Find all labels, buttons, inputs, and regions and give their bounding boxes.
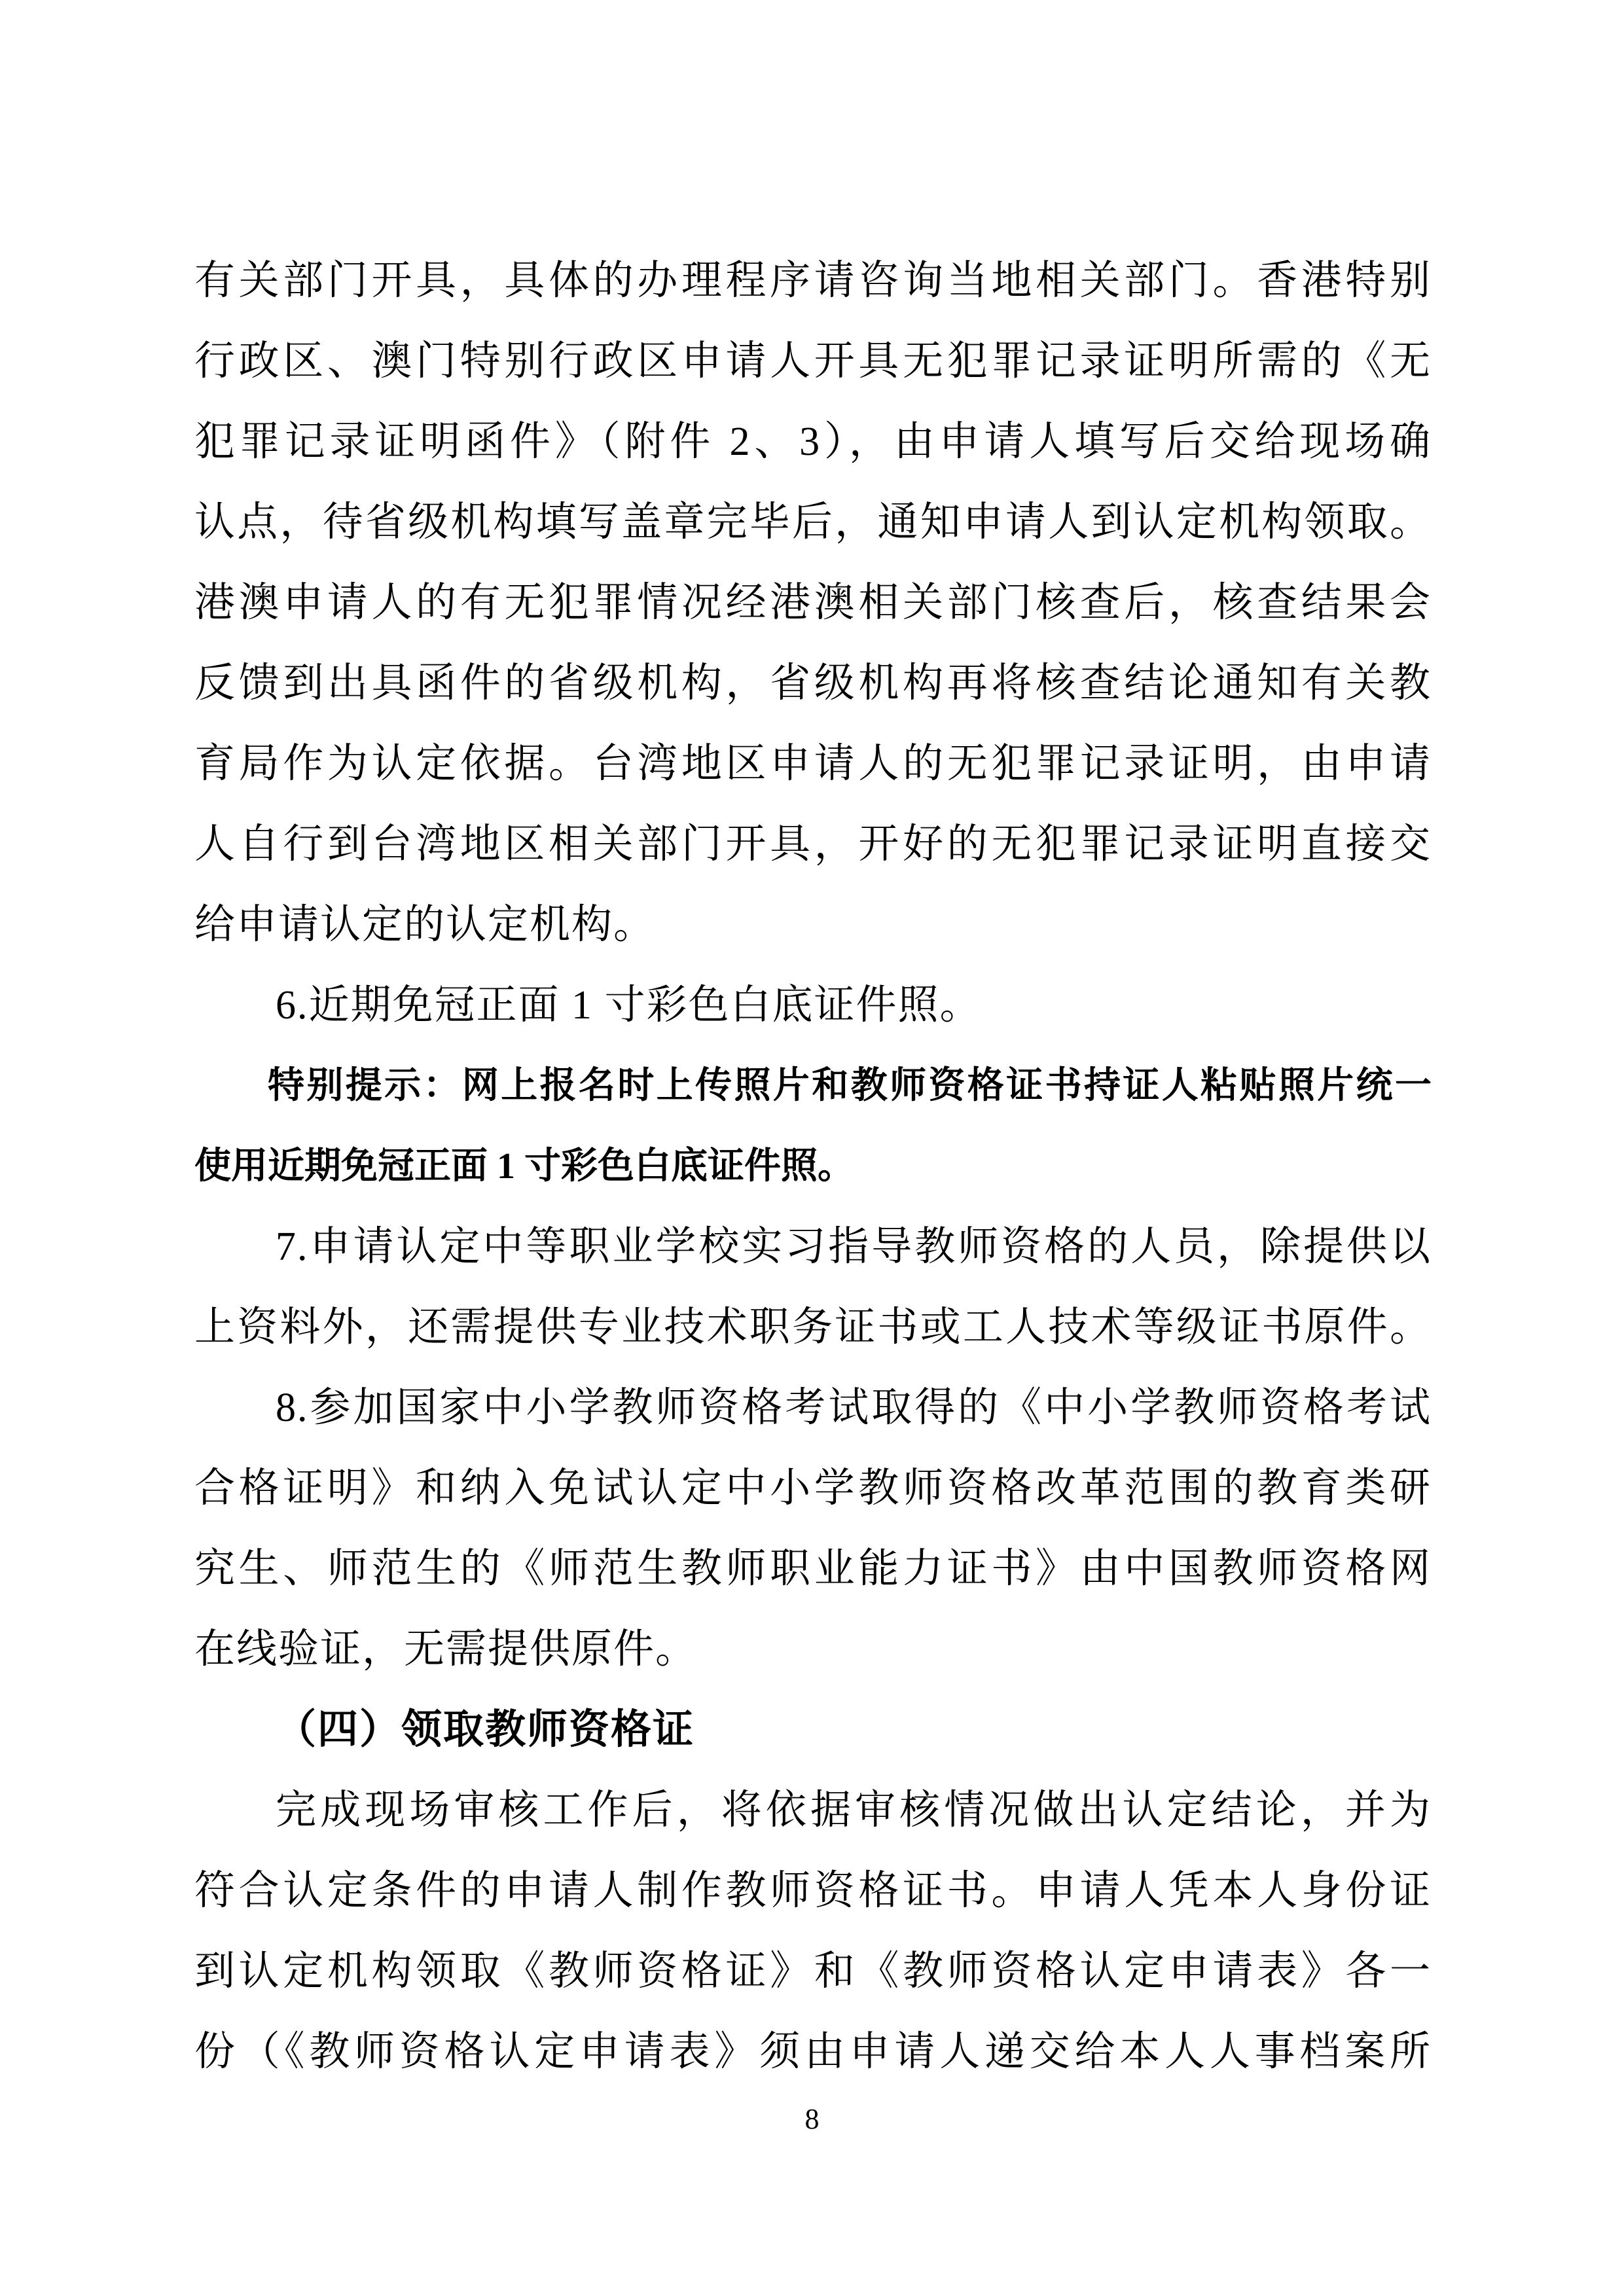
- paragraph-line: 到认定机构领取《教师资格证》和《教师资格认定申请表》各一: [194, 1931, 1432, 2012]
- document-body: 有关部门开具，具体的办理程序请咨询当地相关部门。香港特别 行政区、澳门特别行政区…: [194, 241, 1432, 2092]
- paragraph-line: 在线验证，无需提供原件。: [194, 1609, 1432, 1690]
- section-4-heading: （四）领取教师资格证: [194, 1690, 1432, 1770]
- paragraph-line: 给申请认定的认定机构。: [194, 885, 1432, 965]
- special-note-line: 使用近期免冠正面 1 寸彩色白底证件照。: [194, 1126, 1432, 1207]
- paragraph-line: 完成现场审核工作后，将依据审核情况做出认定结论，并为: [194, 1770, 1432, 1851]
- paragraph-line: 合格证明》和纳入免试认定中小学教师资格改革范围的教育类研: [194, 1448, 1432, 1529]
- paragraph-line: 有关部门开具，具体的办理程序请咨询当地相关部门。香港特别: [194, 241, 1432, 321]
- document-page: 有关部门开具，具体的办理程序请咨询当地相关部门。香港特别 行政区、澳门特别行政区…: [0, 0, 1624, 2296]
- paragraph-line: 行政区、澳门特别行政区申请人开具无犯罪记录证明所需的《无: [194, 321, 1432, 402]
- paragraph-line: 犯罪记录证明函件》（附件 2、3），由申请人填写后交给现场确: [194, 402, 1432, 482]
- list-item-8: 8.参加国家中小学教师资格考试取得的《中小学教师资格考试: [194, 1368, 1432, 1448]
- paragraph-line: 符合认定条件的申请人制作教师资格证书。申请人凭本人身份证: [194, 1851, 1432, 1931]
- special-note-line: 特别提示：网上报名时上传照片和教师资格证书持证人粘贴照片统一: [194, 1046, 1432, 1126]
- paragraph-line: 港澳申请人的有无犯罪情况经港澳相关部门核查后，核查结果会: [194, 563, 1432, 643]
- paragraph-line: 份（《教师资格认定申请表》须由申请人递交给本人人事档案所: [194, 2012, 1432, 2092]
- list-item-7: 7.申请认定中等职业学校实习指导教师资格的人员，除提供以: [194, 1207, 1432, 1287]
- paragraph-line: 上资料外，还需提供专业技术职务证书或工人技术等级证书原件。: [194, 1287, 1432, 1368]
- paragraph-line: 究生、师范生的《师范生教师职业能力证书》由中国教师资格网: [194, 1529, 1432, 1609]
- paragraph-line: 认点，待省级机构填写盖章完毕后，通知申请人到认定机构领取。: [194, 482, 1432, 563]
- paragraph-line: 育局作为认定依据。台湾地区申请人的无犯罪记录证明，由申请: [194, 724, 1432, 804]
- paragraph-line: 人自行到台湾地区相关部门开具，开好的无犯罪记录证明直接交: [194, 804, 1432, 885]
- page-number: 8: [0, 2100, 1624, 2139]
- list-item-6: 6.近期免冠正面 1 寸彩色白底证件照。: [194, 965, 1432, 1046]
- paragraph-line: 反馈到出具函件的省级机构，省级机构再将核查结论通知有关教: [194, 643, 1432, 724]
